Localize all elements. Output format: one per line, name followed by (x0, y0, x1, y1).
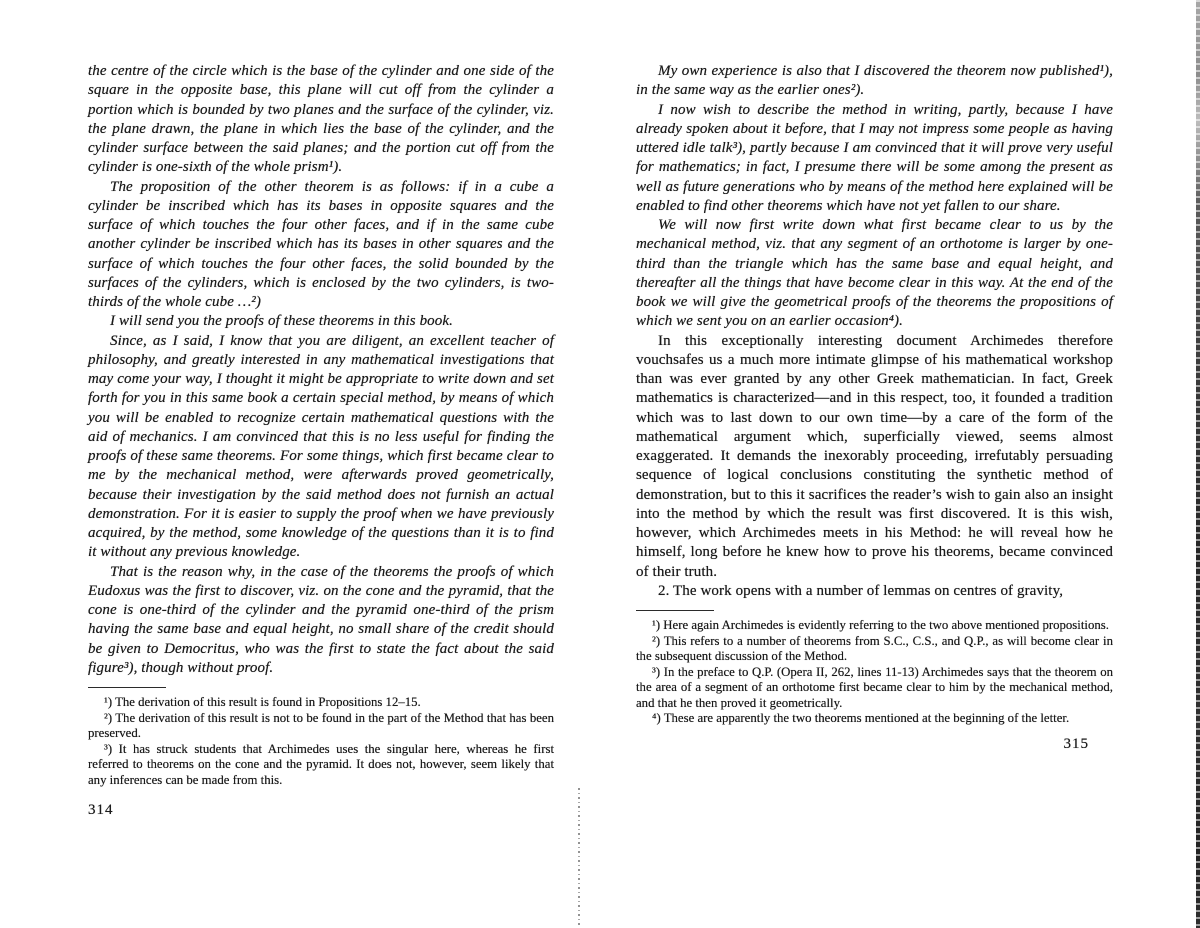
right-main-text: My own experience is also that I discove… (636, 62, 1113, 601)
footnote-rule (88, 687, 166, 688)
footnote: ⁴) These are apparently the two theorems… (636, 711, 1113, 727)
paragraph: In this exceptionally interesting docume… (636, 332, 1113, 582)
paragraph: We will now first write down what first … (636, 216, 1113, 332)
page-number: 315 (636, 736, 1113, 753)
footnote: ²) The derivation of this result is not … (88, 711, 554, 742)
footnote: ¹) Here again Archimedes is evidently re… (636, 618, 1113, 634)
left-footnotes: ¹) The derivation of this result is foun… (88, 695, 554, 788)
page-right: My own experience is also that I discove… (636, 62, 1113, 753)
paragraph: My own experience is also that I discove… (636, 62, 1113, 101)
book-scan: the centre of the circle which is the ba… (0, 0, 1200, 928)
paragraph: The proposition of the other theorem is … (88, 178, 554, 313)
book-edge-shadow (1196, 0, 1200, 928)
page-number: 314 (88, 802, 554, 819)
paragraph: Since, as I said, I know that you are di… (88, 332, 554, 563)
footnote: ²) This refers to a number of theorems f… (636, 634, 1113, 665)
footnote: ³) In the preface to Q.P. (Opera II, 262… (636, 665, 1113, 712)
paragraph: I now wish to describe the method in wri… (636, 101, 1113, 217)
right-footnotes: ¹) Here again Archimedes is evidently re… (636, 618, 1113, 727)
footnote-rule (636, 610, 714, 611)
page-left: the centre of the circle which is the ba… (88, 62, 554, 819)
paragraph: the centre of the circle which is the ba… (88, 62, 554, 178)
footnote: ¹) The derivation of this result is foun… (88, 695, 554, 711)
paragraph: 2. The work opens with a number of lemma… (636, 582, 1113, 601)
left-main-text: the centre of the circle which is the ba… (88, 62, 554, 678)
paragraph: That is the reason why, in the case of t… (88, 563, 554, 679)
paragraph: I will send you the proofs of these theo… (88, 312, 554, 331)
footnote: ³) It has struck students that Archimede… (88, 742, 554, 789)
gutter-stitch-artifact (578, 788, 580, 928)
